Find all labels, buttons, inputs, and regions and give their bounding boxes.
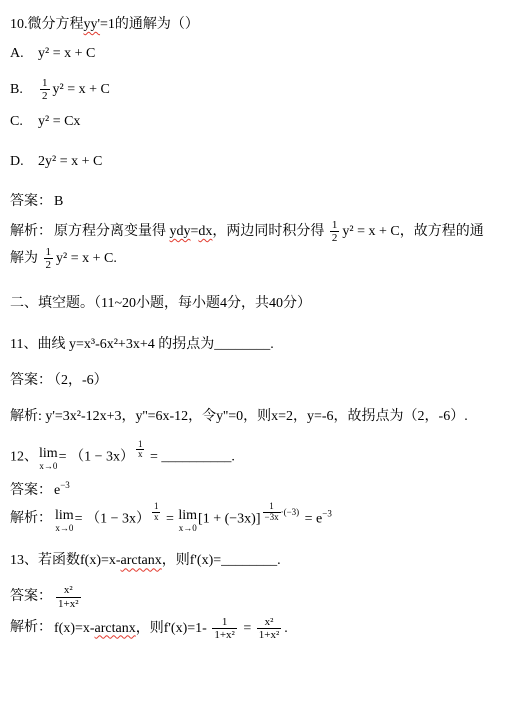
fraction-denominator: 2: [40, 90, 50, 102]
fraction-numerator: 1: [44, 246, 54, 259]
q10-title-pre: 10.微分方程: [10, 17, 84, 32]
limit-operator: limx→0: [55, 509, 74, 533]
option-a-formula: y² = x + C: [38, 46, 95, 61]
q13-title-pre: 13、若函数f(x)=x-: [10, 553, 121, 568]
q13-analysis-text-1: f(x)=x-: [54, 620, 95, 635]
q12-number: 12、: [10, 449, 38, 464]
q13-analysis-text-2: ，则f'(x)=1-: [136, 620, 211, 635]
q12-answer-line: 答案：e−3: [10, 481, 518, 500]
q13-analysis-text-4: .: [284, 620, 288, 635]
exponent-fraction: 1x: [136, 440, 145, 461]
exponent-tail: ·(−3): [281, 507, 300, 517]
q13-analysis-text-3: =: [240, 620, 255, 635]
q10-title-misspelling: yy': [84, 17, 101, 32]
fraction: 1x: [136, 440, 145, 461]
analysis-label: 解析：: [10, 224, 52, 239]
q12-title-text-1: = （1 − 3x）: [59, 449, 134, 464]
q12-analysis-text-3: [1 + (−3x)]: [198, 511, 260, 526]
q10-analysis-text-1: 原方程分离变量得: [54, 224, 170, 239]
fraction: 11+x²: [212, 616, 237, 641]
answer-label: 答案：: [10, 194, 52, 209]
q12-analysis-text-1: = （1 − 3x）: [75, 511, 150, 526]
option-d-label: D.: [10, 152, 26, 171]
exponent-fraction: 1x: [152, 502, 161, 523]
q11-answer-line: 答案：（2，-6）: [10, 371, 518, 390]
q11-analysis-line: 解析: y'=3x²-12x+3，y''=6x-12，令y''=0，则x=2，y…: [10, 407, 518, 426]
fraction-denominator: 2: [330, 232, 340, 244]
fraction: x²1+x²: [257, 616, 282, 641]
answer-label: 答案：: [10, 483, 52, 498]
section-2-title: 二、填空题。（11~20小题，每小题4分，共40分）: [10, 296, 311, 311]
q10-analysis-misspelling-2: dx: [198, 224, 212, 239]
q10-analysis2-text-1: 解为: [10, 251, 42, 266]
q10-analysis2-text-2: y² = x + C.: [56, 251, 117, 266]
q12-answer-exponent: −3: [60, 480, 70, 490]
limit-operator: limx→0: [178, 509, 197, 533]
q10-analysis-line-1: 解析：原方程分离变量得 ydy=dx，两边同时积分得 12y² = x + C，…: [10, 219, 518, 244]
answer-label: 答案：: [10, 373, 52, 388]
q12-analysis-exponent: −3: [322, 508, 332, 518]
option-c-formula: y² = Cx: [38, 114, 80, 129]
option-c-label: C.: [10, 112, 26, 131]
fraction-numerator: 1: [40, 77, 50, 90]
q10-answer-value: B: [54, 194, 63, 209]
section-2-heading: 二、填空题。（11~20小题，每小题4分，共40分）: [10, 294, 518, 313]
fraction-denominator: x: [136, 450, 145, 460]
q10-option-b: B.12y² = x + C: [10, 77, 518, 102]
q11-analysis-text: 解析: y'=3x²-12x+3，y''=6x-12，令y''=0，则x=2，y…: [10, 409, 468, 424]
limit-operator: limx→0: [39, 447, 58, 471]
exponent-fraction: 1−3x·(−3): [263, 502, 300, 523]
q11-title-line: 11、曲线 y=x³-6x²+3x+4 的拐点为________.: [10, 335, 518, 354]
q10-title-line: 10.微分方程yy'=1的通解为（）: [10, 15, 518, 34]
analysis-label: 解析：: [10, 620, 52, 635]
q10-answer-line: 答案：B: [10, 192, 518, 211]
fraction-numerator: x²: [257, 616, 282, 629]
limit-word: lim: [178, 509, 197, 523]
q12-analysis-text-4: = e: [301, 511, 322, 526]
q10-title-post: =1的通解为（）: [100, 17, 199, 32]
document-page: 10.微分方程yy'=1的通解为（） A.y² = x + C B.12y² =…: [0, 0, 524, 704]
limit-word: lim: [39, 447, 58, 461]
q13-analysis-misspelling: arctanx: [95, 620, 136, 635]
fraction-numerator: x²: [56, 584, 81, 597]
q12-title-text-2: = __________.: [146, 449, 234, 464]
fraction-numerator: 1: [212, 616, 237, 629]
q12-analysis-line: 解析：limx→0= （1 − 3x）1x = limx→0[1 + (−3x)…: [10, 502, 518, 533]
q10-option-c: C.y² = Cx: [10, 112, 518, 131]
limit-subscript: x→0: [178, 524, 197, 533]
fraction-denominator: 1+x²: [212, 629, 237, 641]
answer-label: 答案：: [10, 589, 52, 604]
limit-subscript: x→0: [55, 524, 74, 533]
q12-analysis-text-2: =: [162, 511, 177, 526]
q10-analysis-misspelling-1: ydy: [170, 224, 191, 239]
option-a-label: A.: [10, 44, 26, 63]
fraction: 1x: [152, 502, 161, 523]
q10-option-d: D.2y² = x + C: [10, 152, 518, 171]
q13-title-post: ，则f'(x)=________.: [162, 553, 281, 568]
analysis-label: 解析：: [10, 511, 52, 526]
fraction: x²1+x²: [56, 584, 81, 609]
q12-title-line: 12、limx→0= （1 − 3x）1x = __________.: [10, 440, 518, 471]
fraction-denominator: x: [152, 513, 161, 523]
option-b-label: B.: [10, 80, 26, 99]
option-b-formula: y² = x + C: [53, 82, 110, 97]
fraction: 1−3x: [263, 502, 281, 523]
q10-analysis-line-2: 解为 12y² = x + C.: [10, 246, 518, 271]
option-d-formula: 2y² = x + C: [38, 154, 102, 169]
fraction: 12: [330, 219, 340, 244]
fraction: 12: [40, 77, 50, 102]
q13-title-misspelling: arctanx: [121, 553, 162, 568]
q11-answer-value: （2，-6）: [54, 373, 108, 388]
fraction-denominator: 1+x²: [56, 598, 81, 610]
fraction: 12: [44, 246, 54, 271]
q13-answer-line: 答案：x²1+x²: [10, 584, 518, 609]
q10-option-a: A.y² = x + C: [10, 44, 518, 63]
limit-subscript: x→0: [39, 462, 58, 471]
fraction-denominator: 1+x²: [257, 629, 282, 641]
fraction-denominator: 2: [44, 259, 54, 271]
q13-title-line: 13、若函数f(x)=x-arctanx，则f'(x)=________.: [10, 551, 518, 570]
limit-word: lim: [55, 509, 74, 523]
q11-title-text: 11、曲线 y=x³-6x²+3x+4 的拐点为________.: [10, 337, 274, 352]
q10-analysis-text-2: ，两边同时积分得: [212, 224, 328, 239]
q13-analysis-line: 解析：f(x)=x-arctanx，则f'(x)=1- 11+x² = x²1+…: [10, 616, 518, 641]
fraction-denominator: −3x: [263, 513, 281, 523]
fraction-numerator: 1: [330, 219, 340, 232]
q10-analysis-text-3: y² = x + C，故方程的通: [342, 224, 483, 239]
